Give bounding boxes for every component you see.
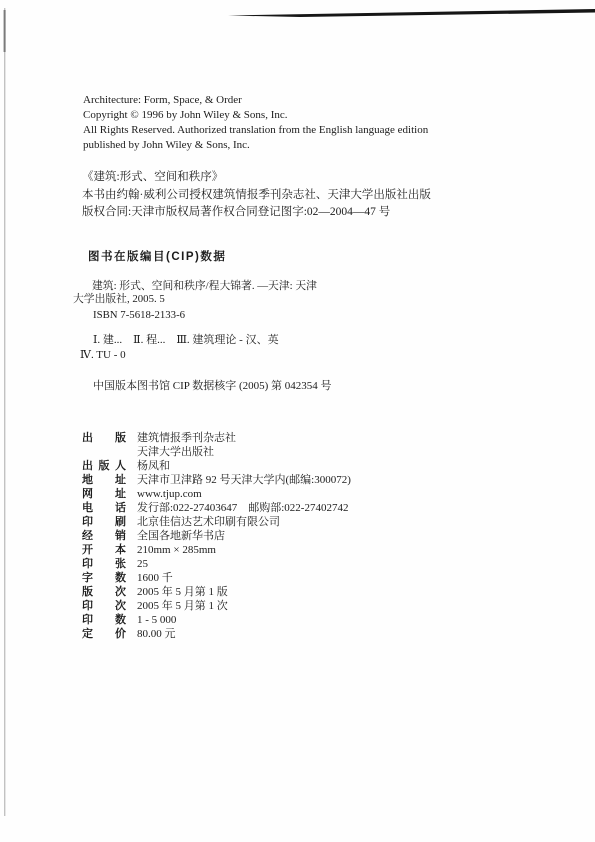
colophon-label: 版次 — [82, 585, 126, 599]
colophon-table: 出版 建筑情报季刊杂志社 天津大学出版社 出版人 杨凤和 地址 天津市卫津路 9… — [82, 431, 351, 641]
colophon-row-address: 地址 天津市卫津路 92 号天津大学内(邮编:300072) — [82, 473, 351, 487]
english-title-line: Architecture: Form, Space, & Order — [83, 93, 428, 108]
cip-entry-line2: 大学出版社, 2005. 5 — [73, 293, 317, 306]
colophon-label: 字数 — [82, 571, 126, 585]
colophon-value: 25 — [137, 557, 351, 571]
colophon-row-sheets: 印张 25 — [82, 557, 351, 571]
english-publisher-line: published by John Wiley & Sons, Inc. — [83, 138, 428, 153]
colophon-label: 出版人 — [82, 459, 126, 473]
publisher-line2: 天津大学出版社 — [137, 445, 351, 459]
cip-classification-block: Ⅰ. 建... Ⅱ. 程... Ⅲ. 建筑理论 - 汉、英 Ⅳ. TU - 0 — [80, 333, 279, 363]
colophon-label: 开本 — [82, 543, 126, 557]
colophon-value: 1600 千 — [137, 571, 351, 585]
colophon-label: 经销 — [82, 529, 126, 543]
cip-classification-line1: Ⅰ. 建... Ⅱ. 程... Ⅲ. 建筑理论 - 汉、英 — [80, 333, 279, 348]
colophon-value: 杨凤和 — [137, 459, 351, 473]
colophon-row-printing: 印次 2005 年 5 月第 1 次 — [82, 599, 351, 613]
colophon-label: 电话 — [82, 501, 126, 515]
colophon-row-publisher-person: 出版人 杨凤和 — [82, 459, 351, 473]
colophon-row-distributor: 经销 全国各地新华书店 — [82, 529, 351, 543]
colophon-value: 2005 年 5 月第 1 次 — [137, 599, 351, 613]
colophon-row-website: 网址 www.tjup.com — [82, 487, 351, 501]
colophon-row-phone: 电话 发行部:022-27403647 邮购部:022-27402742 — [82, 501, 351, 515]
colophon-value: 建筑情报季刊杂志社 天津大学出版社 — [137, 431, 351, 459]
cip-entry-line1: 建筑: 形式、空间和秩序/程大锦著. —天津: 天津 — [73, 280, 317, 293]
scan-top-edge-line — [228, 9, 595, 17]
chinese-authorization-line: 本书由约翰·威利公司授权建筑情报季刊杂志社、天津大学出版社出版 — [82, 187, 431, 205]
colophon-value: 2005 年 5 月第 1 版 — [137, 585, 351, 599]
chinese-title-line: 《建筑:形式、空间和秩序》 — [82, 169, 431, 187]
colophon-value: 北京佳信达艺术印刷有限公司 — [137, 515, 351, 529]
colophon-row-publisher: 出版 建筑情报季刊杂志社 天津大学出版社 — [82, 431, 351, 459]
colophon-label: 印刷 — [82, 515, 126, 529]
colophon-label: 出版 — [82, 431, 126, 459]
colophon-row-edition: 版次 2005 年 5 月第 1 版 — [82, 585, 351, 599]
cip-record-number: 中国版本图书馆 CIP 数据核字 (2005) 第 042354 号 — [93, 377, 332, 393]
scan-left-edge-line — [4, 8, 5, 816]
colophon-label: 定价 — [82, 627, 126, 641]
colophon-label: 印数 — [82, 613, 126, 627]
colophon-value: 发行部:022-27403647 邮购部:022-27402742 — [137, 501, 351, 515]
english-rights-line: All Rights Reserved. Authorized translat… — [83, 123, 428, 138]
publisher-line1: 建筑情报季刊杂志社 — [137, 431, 351, 445]
colophon-value: 1 - 5 000 — [137, 613, 351, 627]
colophon-value: 全国各地新华书店 — [137, 529, 351, 543]
colophon-value: 天津市卫津路 92 号天津大学内(邮编:300072) — [137, 473, 351, 487]
colophon-label: 印次 — [82, 599, 126, 613]
colophon-row-printer: 印刷 北京佳信达艺术印刷有限公司 — [82, 515, 351, 529]
colophon-label: 网址 — [82, 487, 126, 501]
isbn-line: ISBN 7-5618-2133-6 — [73, 309, 317, 322]
colophon-row-print-run: 印数 1 - 5 000 — [82, 613, 351, 627]
cip-entry-block: 建筑: 形式、空间和秩序/程大锦著. —天津: 天津 大学出版社, 2005. … — [73, 280, 317, 322]
colophon-label: 印张 — [82, 557, 126, 571]
cip-classification-line2: Ⅳ. TU - 0 — [80, 348, 279, 363]
colophon-value: 80.00 元 — [137, 627, 351, 641]
copyright-page: Architecture: Form, Space, & Order Copyr… — [0, 0, 595, 842]
colophon-label: 地址 — [82, 473, 126, 487]
colophon-value website-url: www.tjup.com — [137, 487, 351, 501]
cip-heading: 图书在版编目(CIP)数据 — [88, 248, 226, 264]
colophon-row-wordcount: 字数 1600 千 — [82, 571, 351, 585]
colophon-row-format: 开本 210mm × 285mm — [82, 543, 351, 557]
english-copyright-block: Architecture: Form, Space, & Order Copyr… — [83, 93, 428, 153]
chinese-copyright-block: 《建筑:形式、空间和秩序》 本书由约翰·威利公司授权建筑情报季刊杂志社、天津大学… — [82, 169, 431, 222]
chinese-contract-line: 版权合同:天津市版权局著作权合同登记图字:02—2004—47 号 — [82, 204, 431, 222]
scan-left-corner-mark — [4, 10, 6, 52]
colophon-row-price: 定价 80.00 元 — [82, 627, 351, 641]
colophon-value: 210mm × 285mm — [137, 543, 351, 557]
english-copyright-line: Copyright © 1996 by John Wiley & Sons, I… — [83, 108, 428, 123]
